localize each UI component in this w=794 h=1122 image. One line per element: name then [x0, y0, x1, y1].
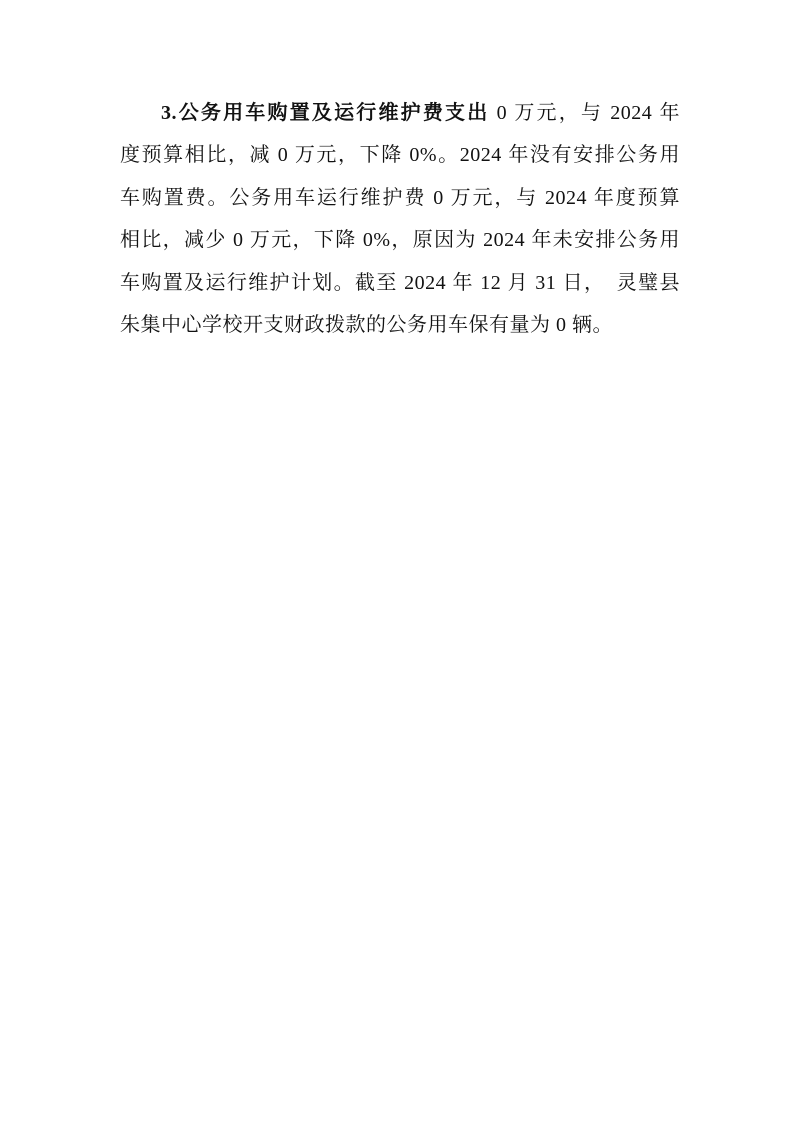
document-page: 3.公务用车购置及运行维护费支出 0 万元，与 2024 年 度预算相比，减 0… [0, 0, 794, 1122]
document-content: 3.公务用车购置及运行维护费支出 0 万元，与 2024 年 度预算相比，减 0… [120, 92, 680, 346]
paragraph-line-1: 3.公务用车购置及运行维护费支出 0 万元，与 2024 年 [120, 92, 680, 134]
paragraph-line-2: 度预算相比，减 0 万元，下降 0%。2024 年没有安排公务用 [120, 134, 680, 176]
paragraph-line-4: 相比，减少 0 万元，下降 0%，原因为 2024 年未安排公务用 [120, 219, 680, 261]
paragraph-heading-rest: 0 万元，与 2024 年 [489, 102, 680, 124]
paragraph-line-6: 朱集中心学校开支财政拨款的公务用车保有量为 0 辆。 [120, 304, 680, 346]
paragraph-heading-bold: 3.公务用车购置及运行维护费支出 [161, 102, 489, 124]
paragraph-line-3: 车购置费。公务用车运行维护费 0 万元，与 2024 年度预算 [120, 177, 680, 219]
paragraph-line-5: 车购置及运行维护计划。截至 2024 年 12 月 31 日， 灵璧县 [120, 262, 680, 304]
